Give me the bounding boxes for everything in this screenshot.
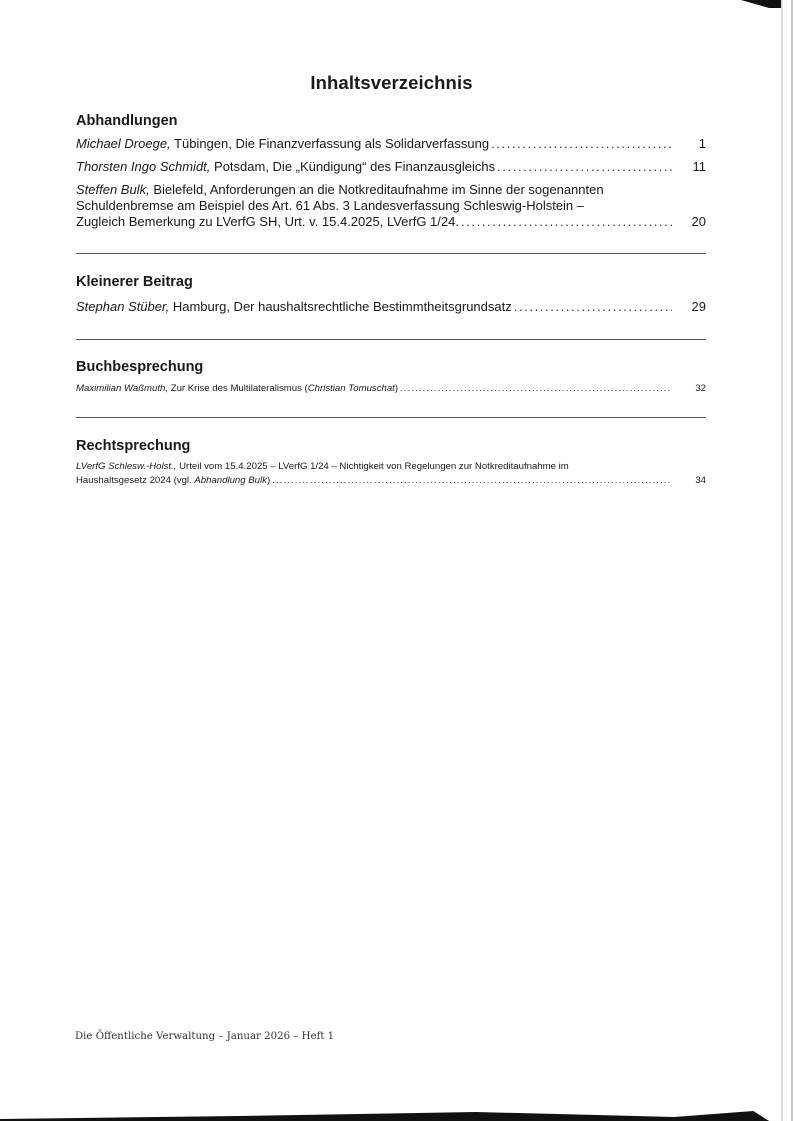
section-heading: Buchbesprechung	[76, 358, 706, 376]
entry-title-line: Schuldenbremse am Beispiel des Art. 61 A…	[76, 198, 706, 214]
section-buchbesprechung: Buchbesprechung Maximilian Waßmuth, Zur …	[76, 358, 706, 395]
page-number: 34	[676, 474, 706, 487]
dot-leader: ........................................…	[497, 159, 672, 175]
page-number: 11	[676, 159, 706, 175]
entry-author: Stephan Stüber,	[76, 299, 169, 314]
entry-author: Steffen Bulk,	[76, 182, 150, 197]
entry-title: Thorsten Ingo Schmidt, Potsdam, Die „Kün…	[76, 159, 495, 175]
scan-edge-shadow	[771, 0, 793, 1121]
section-divider	[76, 339, 706, 340]
entry-reference: Abhandlung Bulk	[194, 475, 267, 486]
section-heading: Rechtsprechung	[76, 437, 706, 455]
page-number: 29	[676, 299, 706, 315]
section-abhandlungen: Abhandlungen Michael Droege, Tübingen, D…	[76, 112, 706, 230]
dot-leader: ........................................…	[400, 382, 672, 395]
dot-leader: ........................................…	[272, 474, 672, 487]
dot-leader: ........................................…	[491, 136, 672, 152]
page-number: 20	[676, 214, 706, 230]
page-footer: Die Öffentliche Verwaltung – Januar 2026…	[75, 1031, 334, 1042]
toc-entry-stueber[interactable]: Stephan Stüber, Hamburg, Der haushaltsre…	[76, 299, 706, 315]
entry-title-line: Haushaltsgesetz 2024 (vgl. Abhandlung Bu…	[76, 474, 270, 487]
page-title: Inhaltsverzeichnis	[0, 72, 783, 94]
scan-bottom-edge	[0, 1111, 793, 1121]
entry-title-line: Zugleich Bemerkung zu LVerfG SH, Urt. v.…	[76, 214, 459, 230]
entry-title: Stephan Stüber, Hamburg, Der haushaltsre…	[76, 299, 512, 315]
toc-entry-wassmuth[interactable]: Maximilian Waßmuth, Zur Krise des Multil…	[76, 382, 706, 395]
entry-reviewer: Christian Tomuschat	[308, 383, 395, 394]
section-heading: Kleinerer Beitrag	[76, 273, 706, 291]
section-rechtsprechung: Rechtsprechung LVerfG Schlesw.-Holst., U…	[76, 437, 706, 487]
section-divider	[76, 417, 706, 418]
entry-author: LVerfG Schlesw.-Holst.,	[76, 461, 176, 472]
scan-corner-artifact	[741, 0, 781, 8]
entry-author: Maximilian Waßmuth,	[76, 383, 168, 394]
section-heading: Abhandlungen	[76, 112, 706, 130]
toc-entry-schmidt[interactable]: Thorsten Ingo Schmidt, Potsdam, Die „Kün…	[76, 159, 706, 175]
toc-entry-lverfg[interactable]: LVerfG Schlesw.-Holst., Urteil vom 15.4.…	[76, 460, 706, 487]
entry-author: Thorsten Ingo Schmidt,	[76, 159, 210, 174]
entry-title: Michael Droege, Tübingen, Die Finanzverf…	[76, 136, 489, 152]
section-divider	[76, 253, 706, 254]
dot-leader: ........................................…	[514, 299, 672, 315]
entry-title: Maximilian Waßmuth, Zur Krise des Multil…	[76, 382, 398, 395]
entry-title-line: LVerfG Schlesw.-Holst., Urteil vom 15.4.…	[76, 460, 706, 473]
page-number: 32	[676, 382, 706, 395]
section-kleinerer-beitrag: Kleinerer Beitrag Stephan Stüber, Hambur…	[76, 273, 706, 315]
toc-entry-bulk[interactable]: Steffen Bulk, Bielefeld, Anforderungen a…	[76, 182, 706, 230]
entry-title-line: Steffen Bulk, Bielefeld, Anforderungen a…	[76, 182, 706, 198]
page-number: 1	[676, 136, 706, 152]
entry-author: Michael Droege,	[76, 136, 171, 151]
toc-entry-droege[interactable]: Michael Droege, Tübingen, Die Finanzverf…	[76, 136, 706, 152]
dot-leader: ........................................…	[461, 214, 672, 230]
